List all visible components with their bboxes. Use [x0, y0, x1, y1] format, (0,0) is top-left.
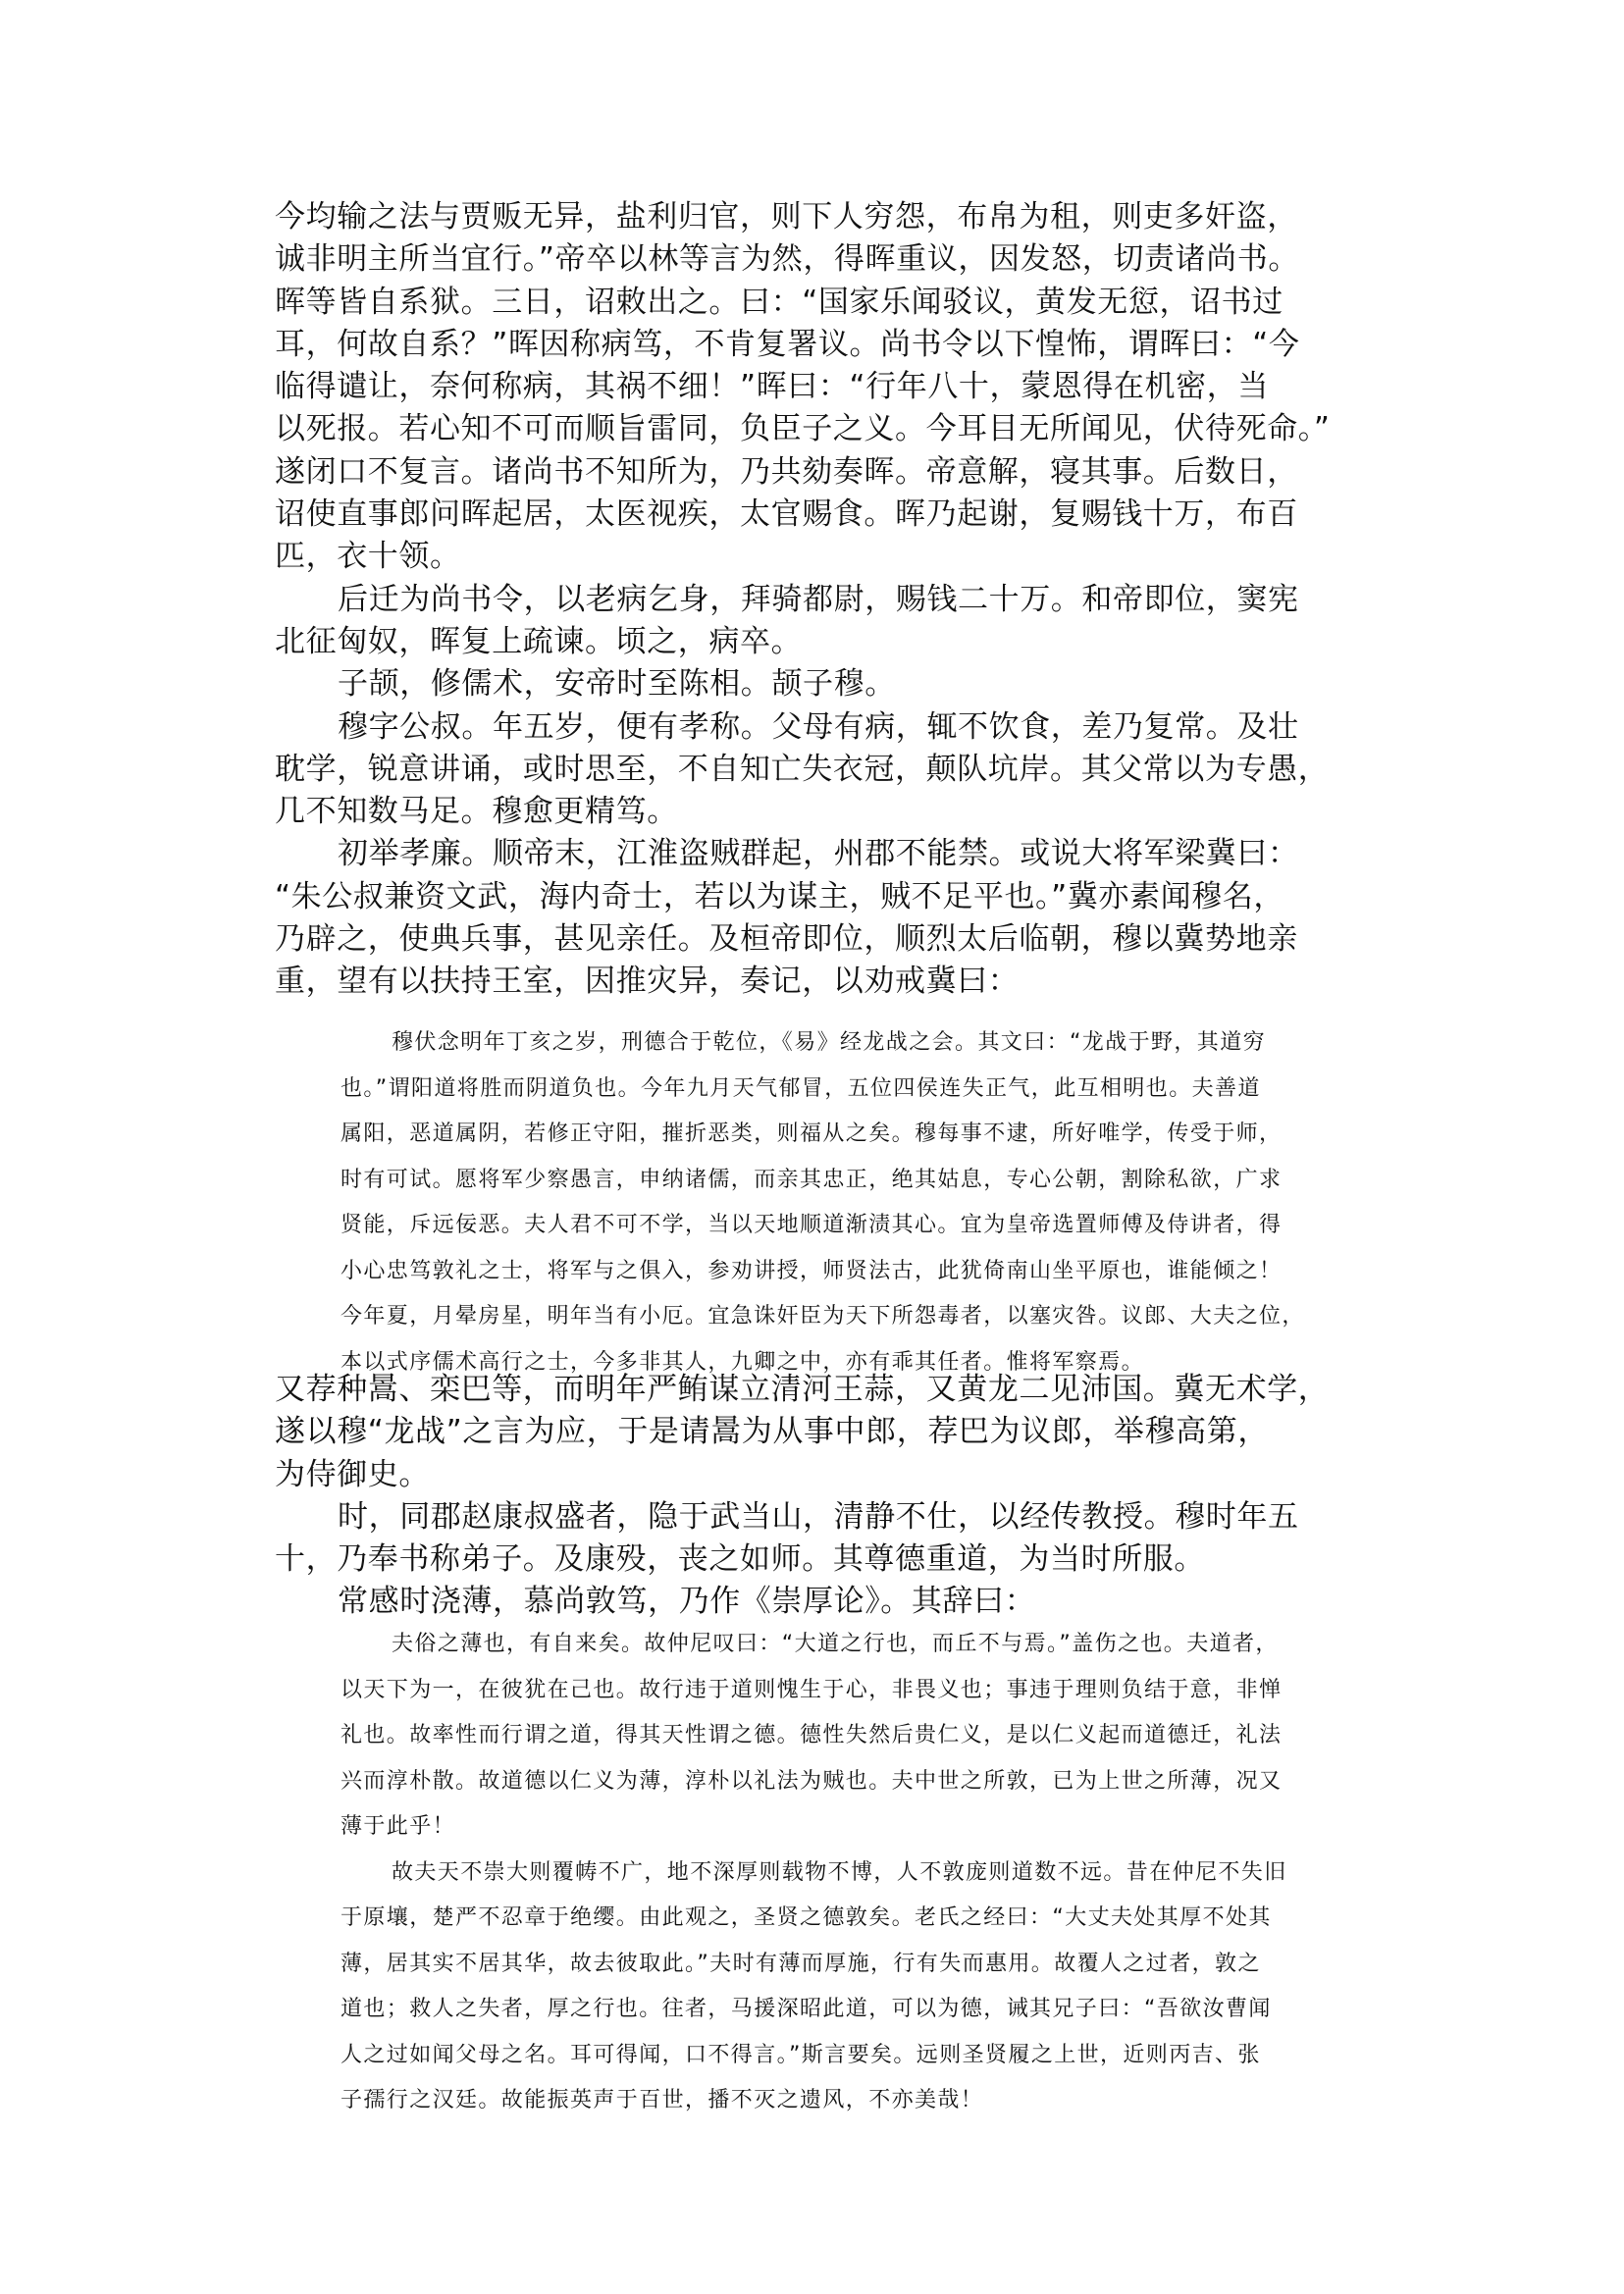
text-line: 耳，何故自系？”晖因称病笃，不肯复署议。尚书令以下惶怖，谓晖曰：“今 [275, 324, 1364, 366]
chonghou-essay-block: 夫俗之薄也，有自来矣。故仲尼叹曰：“大道之行也，而丘不与焉。”盖伤之也。夫道者，… [341, 1622, 1366, 2124]
document-page: 今均输之法与贾贩无异，盐利归官，则下人穷怨，布帛为租，则吏多奸盗， 诚非明主所当… [0, 0, 1624, 2294]
quote-line: 礼也。故率性而行谓之道，得其天性谓之德。德性失然后贵仁义，是以仁义起而道德迁，礼… [341, 1713, 1366, 1759]
quote-start-line: 夫俗之薄也，有自来矣。故仲尼叹曰：“大道之行也，而丘不与焉。”盖伤之也。夫道者， [341, 1622, 1366, 1668]
quote-line: 道也；救人之失者，厚之行也。往者，马援深昭此道，可以为德，诫其兄子曰：“吾欲汝曹… [341, 1987, 1366, 2033]
quote-line: 小心忠笃敦礼之士，将军与之俱入，参劝讲授，师贤法古，此犹倚南山坐平原也，谁能倾之… [341, 1249, 1366, 1295]
quote-line: 子孺行之汉廷。故能振英声于百世，播不灭之遗风，不亦美哉！ [341, 2078, 1366, 2124]
text-line: 乃辟之，使典兵事，甚见亲任。及桓帝即位，顺烈太后临朝，穆以冀势地亲 [275, 918, 1364, 961]
quote-line: 薄于此乎！ [341, 1804, 1366, 1851]
text-line: 为侍御史。 [275, 1454, 1364, 1496]
quote-line: 属阳，恶道属阴，若修正守阳，摧折恶类，则福从之矣。穆每事不逮，所好唯学，传受于师… [341, 1112, 1366, 1158]
quote-line: 以天下为一，在彼犹在己也。故行违于道则愧生于心，非畏义也；事违于理则负结于意，非… [341, 1668, 1366, 1714]
paragraph-start-line: 常感时浇薄，慕尚敦笃，乃作《崇厚论》。其辞曰： [275, 1581, 1364, 1623]
text-line: 重，望有以扶持王室，因推灾异，奏记，以劝戒冀曰： [275, 961, 1364, 1003]
quote-line: 薄，居其实不居其华，故去彼取此。”夫时有薄而厚施，行有失而惠用。故覆人之过者，敦… [341, 1942, 1366, 1988]
text-line: 十，乃奉书称弟子。及康殁，丧之如师。其尊德重道，为当时所服。 [275, 1538, 1364, 1581]
text-line: 耽学，锐意讲诵，或时思至，不自知亡失衣冠，颠队坑岸。其父常以为专愚， [275, 749, 1364, 791]
paragraph-start-line: 时，同郡赵康叔盛者，隐于武当山，清静不仕，以经传教授。穆时年五 [275, 1496, 1364, 1538]
text-line: 以死报。若心知不可而顺旨雷同，负臣子之义。今耳目无所闻见，伏待死命。” [275, 408, 1364, 450]
paragraph-start-line: 初举孝廉。顺帝末，江淮盗贼群起，州郡不能禁。或说大将军梁冀曰： [275, 833, 1364, 875]
paragraph-start-line: 后迁为尚书令，以老病乞身，拜骑都尉，赐钱二十万。和帝即位，窦宪 [275, 579, 1364, 621]
text-line: 北征匈奴，晖复上疏谏。顷之，病卒。 [275, 621, 1364, 663]
text-line: “朱公叔兼资文武，海内奇士，若以为谋主，贼不足平也。”冀亦素闻穆名， [275, 876, 1364, 918]
text-line: 几不知数马足。穆愈更精笃。 [275, 791, 1364, 833]
body-text-block-2: 又荐种暠、栾巴等，而明年严鲔谋立清河王蒜，又黄龙二见沛国。冀无术学， 遂以穆“龙… [275, 1369, 1364, 1624]
quote-line: 人之过如闻父母之名。耳可得闻，口不得言。”斯言要矣。远则圣贤履之上世，近则丙吉、… [341, 2033, 1366, 2079]
quote-start-line: 故夫天不崇大则覆帱不广，地不深厚则载物不博，人不敦庞则道数不远。昔在仲尼不失旧 [341, 1851, 1366, 1897]
text-line: 临得谴让，奈何称病，其祸不细！”晖曰：“行年八十，蒙恩得在机密，当 [275, 366, 1364, 408]
quote-line: 贤能，斥远佞恶。夫人君不可不学，当以天地顺道渐渍其心。宜为皇帝选置师傅及侍讲者，… [341, 1203, 1366, 1249]
quote-start-line: 穆伏念明年丁亥之岁，刑德合于乾位，《易》经龙战之会。其文曰：“龙战于野，其道穷 [341, 1020, 1366, 1067]
body-text-block-1: 今均输之法与贾贩无异，盐利归官，则下人穷怨，布帛为租，则吏多奸盗， 诚非明主所当… [275, 196, 1364, 1004]
quote-line: 时有可试。愿将军少察愚言，申纳诸儒，而亲其忠正，绝其姑息，专心公朝，割除私欲，广… [341, 1158, 1366, 1204]
text-line: 遂闭口不复言。诸尚书不知所为，乃共劾奏晖。帝意解，寝其事。后数日， [275, 451, 1364, 494]
text-line: 又荐种暠、栾巴等，而明年严鲔谋立清河王蒜，又黄龙二见沛国。冀无术学， [275, 1369, 1364, 1411]
text-line: 诏使直事郎问晖起居，太医视疾，太官赐食。晖乃起谢，复赐钱十万，布百 [275, 494, 1364, 536]
text-line: 诚非明主所当宜行。”帝卒以林等言为然，得晖重议，因发怒，切责诸尚书。 [275, 238, 1364, 281]
quote-line: 于原壤，楚严不忍章于绝缨。由此观之，圣贤之德敦矣。老氏之经曰：“大丈夫处其厚不处… [341, 1896, 1366, 1942]
text-line: 遂以穆“龙战”之言为应，于是请暠为从事中郎，荐巴为议郎，举穆高第， [275, 1411, 1364, 1453]
quote-line: 也。”谓阳道将胜而阴道负也。今年九月天气郁冒，五位四侯连失正气，此互相明也。夫善… [341, 1067, 1366, 1113]
quote-line: 今年夏，月晕房星，明年当有小厄。宜急诛奸臣为天下所怨毒者，以塞灾咎。议郎、大夫之… [341, 1294, 1366, 1340]
text-line: 晖等皆自系狱。三日，诏敕出之。曰：“国家乐闻驳议，黄发无愆，诏书过 [275, 282, 1364, 324]
text-line: 今均输之法与贾贩无异，盐利归官，则下人穷怨，布帛为租，则吏多奸盗， [275, 196, 1364, 238]
paragraph-start-line: 穆字公叔。年五岁，便有孝称。父母有病，辄不饮食，差乃复常。及壮 [275, 706, 1364, 749]
quote-line: 兴而淳朴散。故道德以仁义为薄，淳朴以礼法为贼也。夫中世之所敦，已为上世之所薄，况… [341, 1759, 1366, 1805]
text-line: 匹，衣十领。 [275, 536, 1364, 578]
quoted-memorial-block: 穆伏念明年丁亥之岁，刑德合于乾位，《易》经龙战之会。其文曰：“龙战于野，其道穷 … [341, 1020, 1366, 1385]
paragraph-start-line: 子颉，修儒术，安帝时至陈相。颉子穆。 [275, 663, 1364, 705]
